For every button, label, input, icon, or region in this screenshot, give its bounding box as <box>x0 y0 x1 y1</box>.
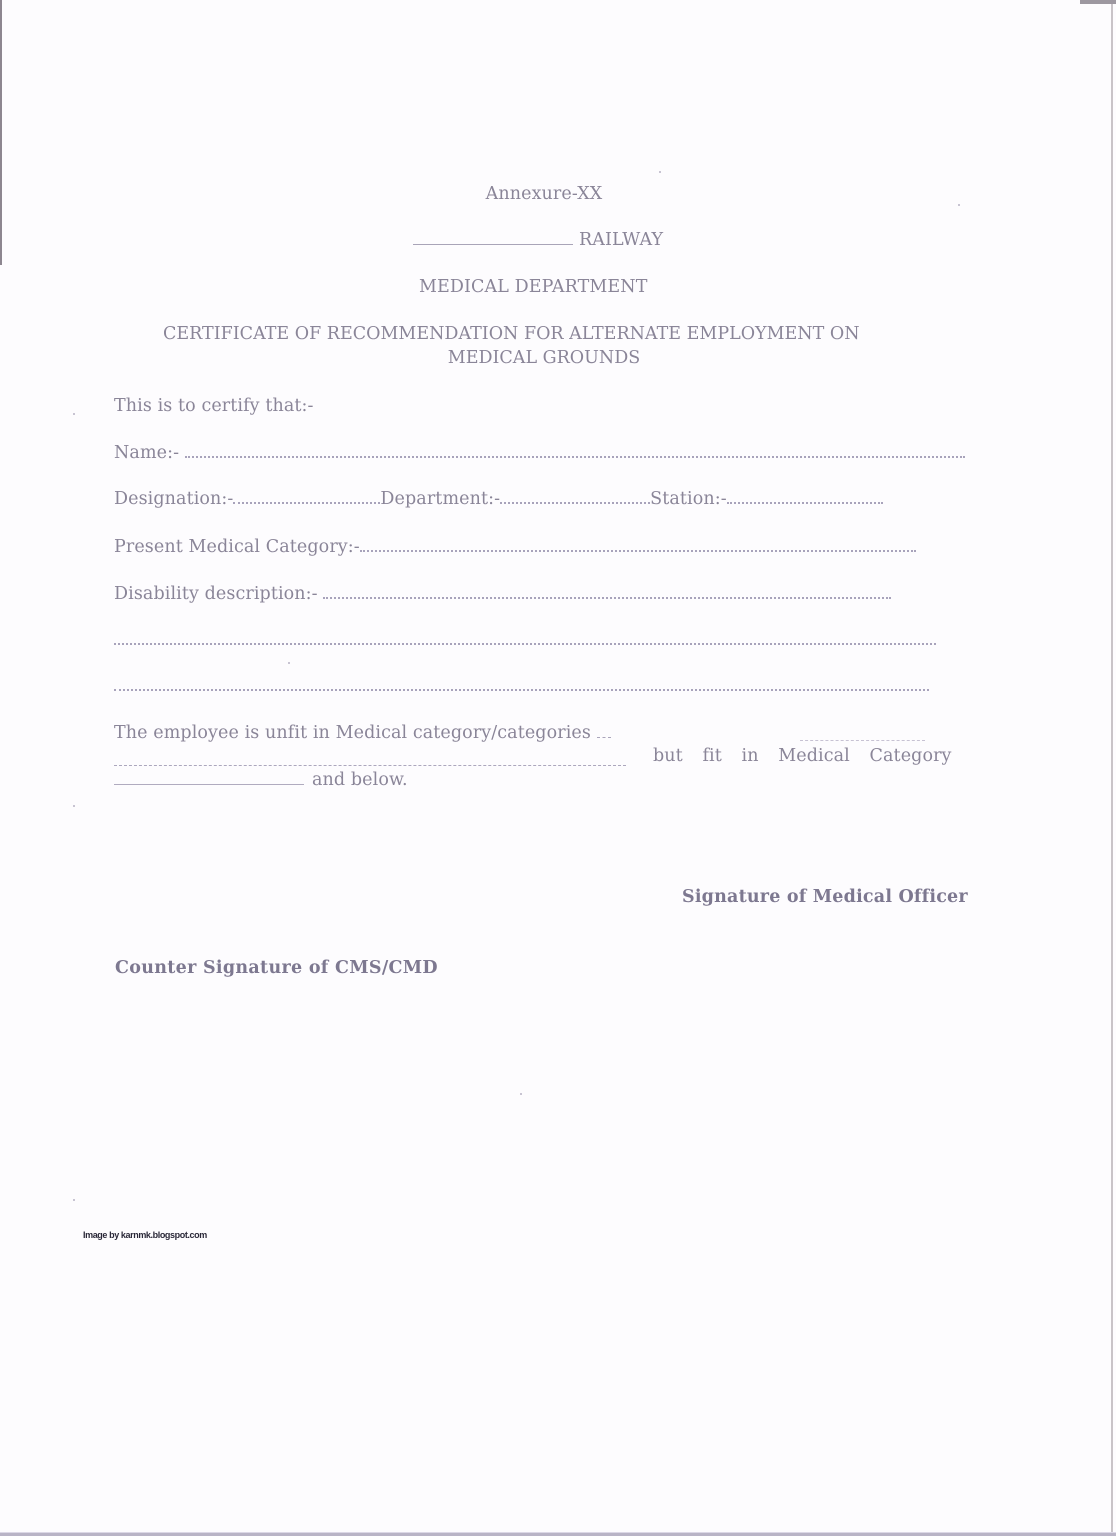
scan-speck <box>520 1093 522 1095</box>
image-credit: Image by karnmk.blogspot.com <box>83 1230 207 1240</box>
scan-edge-right <box>1111 0 1113 1536</box>
fit-category-blank[interactable] <box>114 784 304 785</box>
counter-signature-label: Counter Signature of CMS/CMD <box>115 958 438 978</box>
name-label: Name:- <box>114 443 179 463</box>
certify-intro: This is to certify that:- <box>114 396 314 416</box>
disability-field[interactable] <box>323 596 891 599</box>
scan-edge-left <box>0 0 2 265</box>
unfit-text: The employee is unfit in Medical categor… <box>114 723 591 743</box>
annexure-label: Annexure-XX <box>0 184 1088 204</box>
dotted-line <box>114 642 936 645</box>
certificate-title-line2: MEDICAL GROUNDS <box>0 348 1088 368</box>
scan-edge-corner <box>1080 0 1116 4</box>
present-category-label: Present Medical Category:- <box>114 537 360 557</box>
railway-label: RAILWAY <box>579 230 663 250</box>
medical-officer-signature-label: Signature of Medical Officer <box>682 887 968 907</box>
and-below-text: and below. <box>312 770 408 790</box>
certificate-title-line1: CERTIFICATE OF RECOMMENDATION FOR ALTERN… <box>163 324 860 344</box>
scan-speck <box>288 662 290 664</box>
unfit-category-blank-end[interactable] <box>800 740 925 741</box>
scan-speck <box>659 171 661 173</box>
railway-heading: RAILWAY <box>413 230 663 250</box>
department-field[interactable] <box>500 501 650 504</box>
unfit-statement-part1: The employee is unfit in Medical categor… <box>114 723 611 743</box>
unfit-statement-part3: and below. <box>114 770 408 790</box>
scan-speck <box>73 1199 75 1201</box>
disability-line-2[interactable] <box>114 630 936 650</box>
disability-line-3[interactable] <box>114 676 929 696</box>
designation-label: Designation:- <box>114 489 233 509</box>
station-label: Station:- <box>650 489 727 509</box>
name-row: Name:- <box>114 443 965 463</box>
station-field[interactable] <box>727 501 883 504</box>
department-heading: MEDICAL DEPARTMENT <box>419 277 647 297</box>
fit-category-text: but fit in Medical Category <box>653 746 952 766</box>
scan-speck <box>958 204 960 206</box>
disability-row: Disability description:- <box>114 584 891 604</box>
present-category-field[interactable] <box>360 549 916 552</box>
department-label: Department:- <box>380 489 500 509</box>
unfit-category-blank-line[interactable] <box>114 765 626 766</box>
disability-label: Disability description:- <box>114 584 318 604</box>
railway-name-blank[interactable] <box>413 244 573 245</box>
scan-speck <box>73 805 75 807</box>
scan-speck <box>73 413 75 415</box>
unfit-category-blank-start[interactable] <box>597 737 611 738</box>
dotted-line <box>114 688 929 691</box>
designation-field[interactable] <box>233 501 380 504</box>
designation-row: Designation:-Department:-Station:- <box>114 489 883 509</box>
present-category-row: Present Medical Category:- <box>114 537 916 557</box>
name-field[interactable] <box>185 455 965 458</box>
